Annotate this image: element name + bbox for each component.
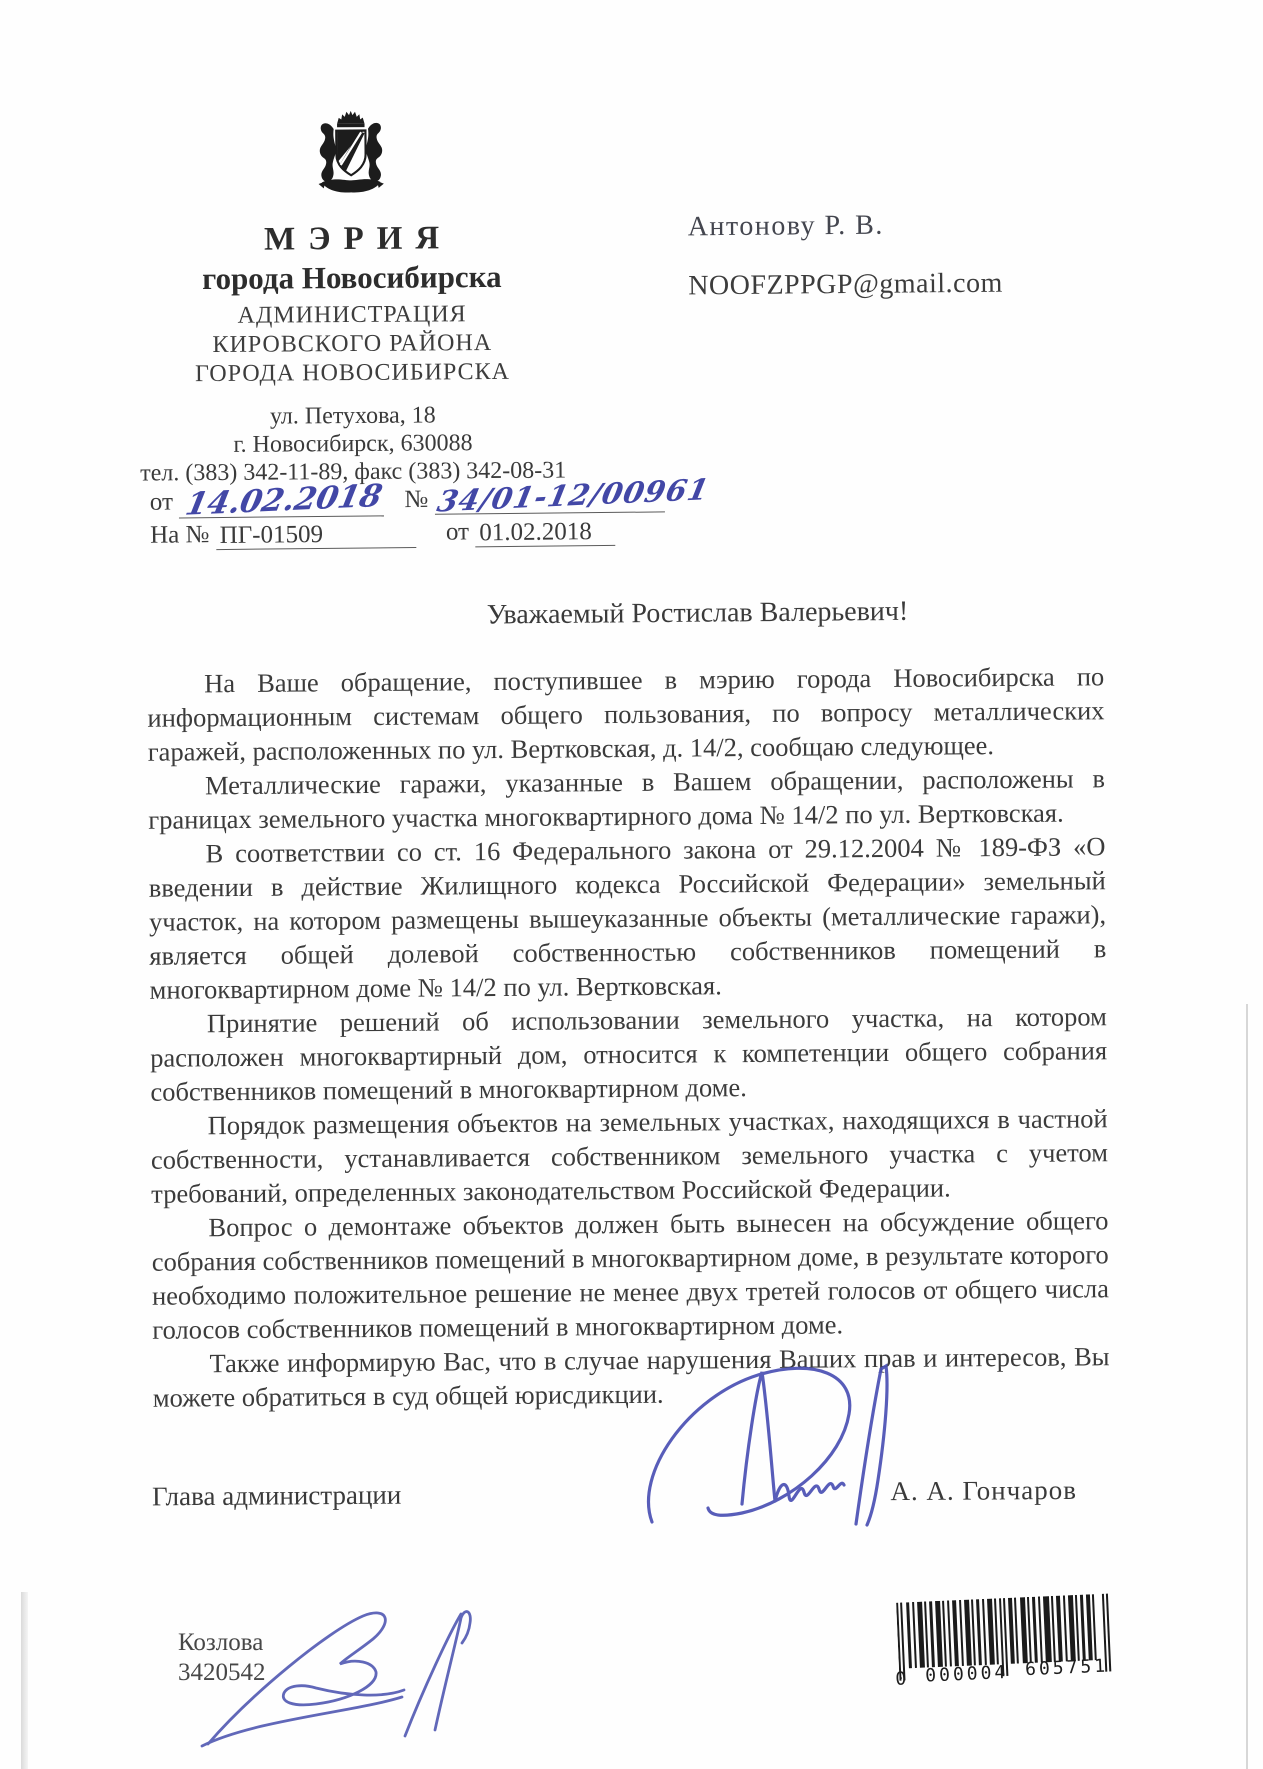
ref-from-label: от [150, 489, 173, 516]
scanned-letter-page: МЭРИЯ города Новосибирска АДМИНИСТРАЦИЯ … [0, 0, 1263, 1769]
letter-body: На Ваше обращение, поступившее в мэрию г… [147, 659, 1110, 1414]
ref-number-label: № [404, 486, 428, 513]
letterhead: МЭРИЯ города Новосибирска АДМИНИСТРАЦИЯ … [126, 108, 579, 487]
executor-phone: 3420542 [178, 1658, 266, 1688]
body-paragraph: В соответствии со ст. 16 Федерального за… [148, 829, 1106, 1007]
address-line-street: ул. Петухова, 18 [128, 401, 578, 431]
blank-line-reply-number: ПГ-01509 [216, 519, 416, 550]
scan-edge-right [1246, 1004, 1248, 1769]
barcode: 0 000004 605751 [896, 1593, 1116, 1694]
incoming-date: 01.02.2018 [475, 518, 592, 546]
handwritten-outgoing-number: 34/01-12/00961 [434, 472, 712, 518]
barcode-digits-group-2: 605751 [1025, 1656, 1109, 1681]
handwritten-outgoing-date: 14.02.2018 [183, 478, 386, 523]
signer-name: А. А. Гончаров [890, 1475, 1107, 1508]
signer-position-title: Глава администрации [152, 1480, 401, 1513]
novosibirsk-coat-of-arms-icon [308, 110, 395, 202]
address-line-city: г. Новосибирск, 630088 [128, 429, 578, 459]
incoming-ref-row: На № ПГ-01509 от 01.02.2018 [150, 514, 870, 562]
body-paragraph: Вопрос о демонтаже объектов должен быть … [151, 1203, 1109, 1347]
org-name-line-4: КИРОВСКОГО РАЙОНА [127, 329, 577, 359]
blank-line-date: 14.02.2018 [179, 479, 384, 518]
signature-row: Глава администрации А. А. Гончаров [152, 1475, 1107, 1513]
org-name-line-3: АДМИНИСТРАЦИЯ [127, 300, 577, 330]
executor-name: Козлова [178, 1628, 266, 1658]
org-name-line-1: МЭРИЯ [126, 219, 576, 259]
body-paragraph: Также информирую Вас, что в случае наруш… [152, 1339, 1110, 1415]
incoming-number: ПГ-01509 [216, 521, 324, 549]
blank-line-reply-date: 01.02.2018 [475, 517, 615, 547]
body-paragraph: Принятие решений об использовании земель… [150, 999, 1108, 1109]
body-paragraph: Металлические гаражи, указанные в Вашем … [148, 761, 1106, 837]
org-name-line-2: города Новосибирска [127, 258, 577, 297]
recipient-name: Антонову Р. В. [688, 209, 1003, 244]
blank-line-number: 34/01-12/00961 [434, 477, 664, 514]
salutation: Уважаемый Ростислав Валерьевич! [150, 594, 1175, 635]
barcode-digit-lead: 0 [895, 1668, 910, 1690]
signature-ink-executor-2 [395, 1602, 485, 1742]
org-name-line-5: ГОРОДА НОВОСИБИРСКА [127, 358, 577, 388]
executor-block: Козлова 3420542 [178, 1628, 266, 1688]
ref-reply-date-label: от [446, 518, 469, 545]
recipient-block: Антонову Р. В. NOOFZPPGP@gmail.com [688, 209, 1003, 303]
body-paragraph: Порядок размещения объектов на земельных… [151, 1101, 1109, 1211]
body-paragraph: На Ваше обращение, поступившее в мэрию г… [147, 659, 1105, 769]
barcode-digits-group-1: 000004 [925, 1662, 1009, 1687]
ref-reply-label: На № [150, 521, 210, 549]
scan-edge-left [21, 1592, 28, 1769]
reference-block: от 14.02.2018 № 34/01-12/00961 На № ПГ-0… [150, 474, 871, 562]
recipient-email: NOOFZPPGP@gmail.com [688, 268, 1003, 303]
